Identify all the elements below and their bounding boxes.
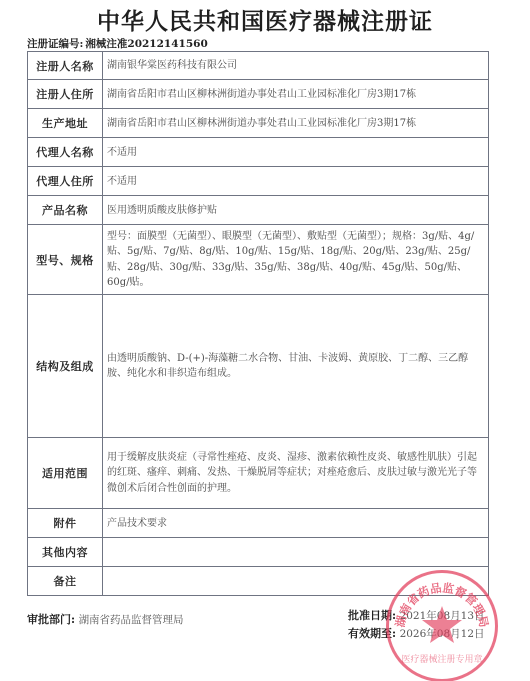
row-label: 适用范围 [28, 438, 103, 509]
table-row-registrant-address: 注册人住所 湖南省岳阳市君山区柳林洲街道办事处君山工业园标准化厂房3期17栋 [28, 80, 489, 109]
registration-number-value: 湘械注准20212141560 [85, 38, 207, 50]
table-row-registrant-name: 注册人名称 湖南银华棠医药科技有限公司 [28, 52, 489, 80]
row-label: 型号、规格 [28, 225, 103, 295]
row-label: 其他内容 [28, 538, 103, 567]
validity-dates: 批准日期: 2021年08月13日 有效期至: 2026年08月12日 [348, 607, 485, 643]
table-row-model-spec: 型号、规格 型号：面膜型（无菌型）、眼膜型（无菌型）、敷贴型（无菌型）；规格：3… [28, 225, 489, 295]
row-value: 湖南省岳阳市君山区柳林洲街道办事处君山工业园标准化厂房3期17栋 [103, 80, 489, 109]
expiry-date-label: 有效期至: [348, 627, 396, 640]
row-value: 湖南省岳阳市君山区柳林洲街道办事处君山工业园标准化厂房3期17栋 [103, 109, 489, 138]
table-row-attachment: 附件 产品技术要求 [28, 509, 489, 538]
table-row-product-name: 产品名称 医用透明质酸皮肤修护贴 [28, 196, 489, 225]
row-value [103, 567, 489, 596]
registration-number: 注册证编号:湘械注准20212141560 [27, 36, 208, 51]
approval-department-value: 湖南省药品监督管理局 [79, 614, 184, 626]
approval-date-value: 2021年08月13日 [400, 610, 485, 622]
row-value: 由透明质酸钠、D-(+)-海藻糖二水合物、甘油、卡波姆、黄原胶、丁二醇、三乙醇胺… [103, 295, 489, 438]
row-value: 型号：面膜型（无菌型）、眼膜型（无菌型）、敷贴型（无菌型）；规格：3g/贴、4g… [103, 225, 489, 295]
approval-date: 批准日期: 2021年08月13日 [348, 607, 485, 625]
table-row-remarks: 备注 [28, 567, 489, 596]
row-value: 医用透明质酸皮肤修护贴 [103, 196, 489, 225]
approval-date-label: 批准日期: [348, 609, 396, 622]
expiry-date: 有效期至: 2026年08月12日 [348, 625, 485, 643]
row-label: 注册人住所 [28, 80, 103, 109]
row-value: 湖南银华棠医药科技有限公司 [103, 52, 489, 80]
table-row-other-content: 其他内容 [28, 538, 489, 567]
row-label: 生产地址 [28, 109, 103, 138]
row-label: 代理人名称 [28, 138, 103, 167]
document-title: 中华人民共和国医疗器械注册证 [0, 3, 530, 36]
row-value: 用于缓解皮肤炎症（寻常性痤疮、皮炎、湿疹、激素依赖性皮炎、敏感性肌肤）引起的红斑… [103, 438, 489, 509]
table-row-agent-name: 代理人名称 不适用 [28, 138, 489, 167]
row-label: 结构及组成 [28, 295, 103, 438]
row-label: 备注 [28, 567, 103, 596]
row-label: 注册人名称 [28, 52, 103, 80]
row-value: 不适用 [103, 167, 489, 196]
approval-department: 审批部门: 湖南省药品监督管理局 [27, 611, 184, 627]
expiry-date-value: 2026年08月12日 [400, 628, 485, 640]
table-row-structure-composition: 结构及组成 由透明质酸钠、D-(+)-海藻糖二水合物、甘油、卡波姆、黄原胶、丁二… [28, 295, 489, 438]
table-row-agent-address: 代理人住所 不适用 [28, 167, 489, 196]
registration-number-label: 注册证编号: [27, 38, 83, 50]
row-label: 代理人住所 [28, 167, 103, 196]
row-label: 附件 [28, 509, 103, 538]
row-value: 产品技术要求 [103, 509, 489, 538]
approval-department-label: 审批部门: [27, 613, 75, 626]
row-value: 不适用 [103, 138, 489, 167]
row-label: 产品名称 [28, 196, 103, 225]
table-row-production-address: 生产地址 湖南省岳阳市君山区柳林洲街道办事处君山工业园标准化厂房3期17栋 [28, 109, 489, 138]
seal-bottom-text: 医疗器械注册专用章 [401, 653, 482, 665]
certificate-table: 注册人名称 湖南银华棠医药科技有限公司 注册人住所 湖南省岳阳市君山区柳林洲街道… [27, 51, 489, 596]
table-row-scope-of-application: 适用范围 用于缓解皮肤炎症（寻常性痤疮、皮炎、湿疹、激素依赖性皮炎、敏感性肌肤）… [28, 438, 489, 509]
row-value [103, 538, 489, 567]
